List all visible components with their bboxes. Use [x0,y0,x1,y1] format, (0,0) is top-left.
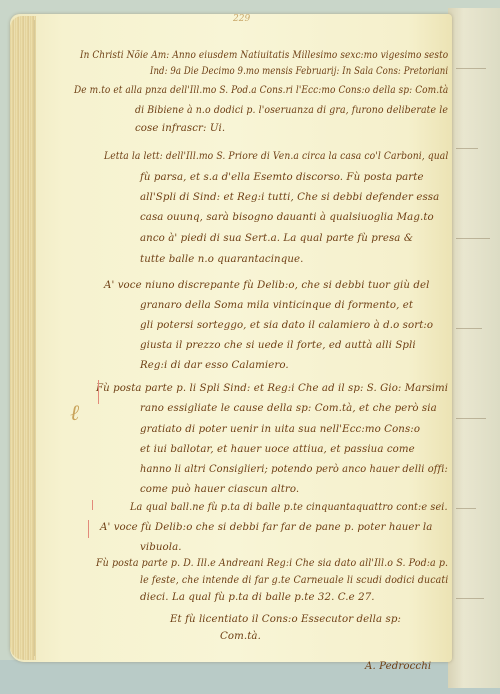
manuscript-line: In Christi Nõie Am: Anno eiusdem Natiuit… [80,50,448,61]
manuscript-line: Et fù licentiato il Cons:o Essecutor del… [170,614,401,625]
gutter-line [34,20,35,656]
manuscript-line: tutte balle n.o quarantacinque. [140,254,303,265]
folio-number: 229 [233,14,250,24]
manuscript-line: La qual ball.ne fù p.ta di balle p.te ci… [130,502,448,513]
manuscript-line: et iui ballotar, et hauer uoce attiua, e… [140,444,415,455]
manuscript-line: Reg:i di dar esso Calamiero. [140,360,289,371]
manuscript-line: fù parsa, et s.a d'ella Esemto discorso.… [140,172,424,183]
manuscript-line: gli potersi sorteggo, et sia dato il cal… [140,320,433,331]
manuscript-line: vibuola. [140,542,182,553]
facing-page-edge [448,8,500,688]
manuscript-line: anco à' piedi di sua Sert.a. La qual par… [140,233,413,244]
manuscript-line: all'Spli di Sind: et Reg:i tutti, Che si… [140,192,439,203]
manuscript-line: di Bibiene à n.o dodici p. l'oseruanza d… [135,105,448,116]
red-margin-mark [92,500,93,510]
page-edges-stack [10,16,36,660]
manuscript-line: gratiato di poter uenir in uita sua nell… [140,424,420,435]
manuscript-line: giusta il prezzo che si uede il forte, e… [140,340,416,351]
manuscript-line: De m.to et alla pnza dell'Ill.mo S. Pod.… [74,85,448,96]
manuscript-line: granaro della Soma mila vinticinque di f… [140,300,413,311]
manuscript-line: casa ouunq, sarà bisogno dauanti à quals… [140,212,434,223]
red-margin-mark [98,380,99,404]
manuscript-line: le feste, che intende di far g.te Carneu… [140,575,448,586]
manuscript-line: come può hauer ciascun altro. [140,484,299,495]
manuscript-line: rano essigliate le cause della sp: Com.t… [140,403,437,414]
manuscript-line: A' voce niuno discrepante fù Delib:o, ch… [104,280,429,291]
manuscript-line: Fù posta parte p. D. Ill.e Andreani Reg:… [96,558,448,569]
manuscript-line: Ind: 9a Die Decimo 9.mo mensis Februarij… [150,66,448,77]
margin-flourish-icon: ℓ [70,400,79,426]
manuscript-line: A. Pedrocchi [365,661,431,672]
manuscript-line: Fù posta parte p. li Spli Sind: et Reg:i… [96,383,448,394]
red-margin-mark [88,520,89,538]
manuscript-line: Letta la lett: dell'Ill.mo S. Priore di … [104,151,448,162]
manuscript-line: dieci. La qual fù p.ta di balle p.te 32.… [140,592,375,603]
manuscript-line: A' voce fù Delib:o che si debbi far far … [100,522,432,533]
manuscript-line: cose infrascr: Ui. [135,123,225,134]
manuscript-line: Com.tà. [220,631,261,642]
manuscript-line: hanno li altri Consiglieri; potendo però… [140,464,448,475]
